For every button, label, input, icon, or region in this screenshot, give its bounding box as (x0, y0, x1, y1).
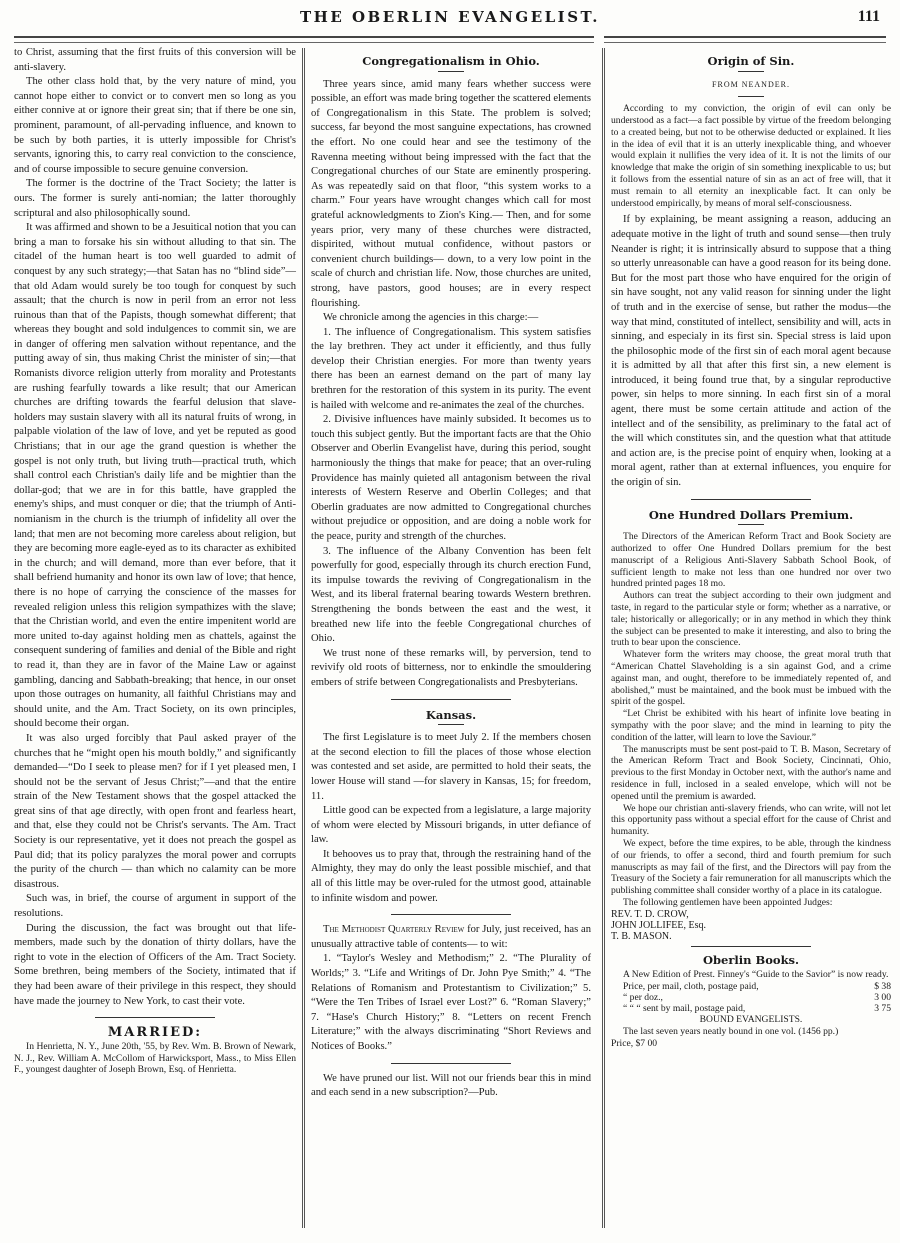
paragraph: We expect, before the time expires, to b… (611, 838, 891, 897)
judge-name: REV. T. D. CROW, (611, 909, 891, 920)
article-heading-origin-of-sin: Origin of Sin. (611, 54, 891, 69)
section-divider (391, 1063, 511, 1064)
judge-name: JOHN JOLLIFEE, Esq. (611, 920, 891, 931)
paragraph: Authors can treat the subject according … (611, 590, 891, 649)
paragraph: We trust none of these remarks will, by … (311, 647, 591, 691)
section-divider (95, 1017, 215, 1018)
price-label: “ “ “ sent by mail, postage paid, (623, 1003, 745, 1014)
paragraph: to Christ, assuming that the first fruit… (14, 46, 296, 75)
paragraph: We hope our christian anti-slavery frien… (611, 803, 891, 838)
column-3: Origin of Sin. FROM NEANDER. According t… (602, 48, 895, 1228)
paragraph: Little good can be expected from a legis… (311, 804, 591, 848)
price-value: 3 75 (874, 1003, 891, 1014)
paragraph: Whatever form the writers may choose, th… (611, 649, 891, 708)
price-row: “ “ “ sent by mail, postage paid, 3 75 (611, 1003, 891, 1014)
masthead: THE OBERLIN EVANGELIST. 111 (0, 8, 900, 30)
paragraph: It was affirmed and shown to be a Jesuit… (14, 221, 296, 732)
price-value: $ 38 (874, 981, 891, 992)
paragraph: The former is the doctrine of the Tract … (14, 177, 296, 221)
price-value: 3 00 (874, 992, 891, 1003)
section-divider (691, 946, 811, 947)
page-number: 111 (858, 8, 880, 26)
heading-rule (738, 524, 764, 525)
paragraph: 3. The influence of the Albany Conventio… (311, 545, 591, 647)
column-1: to Christ, assuming that the first fruit… (14, 46, 296, 1076)
price-row: “ per doz., 3 00 (611, 992, 891, 1003)
section-divider (391, 914, 511, 915)
section-divider (691, 499, 811, 500)
section-divider (391, 699, 511, 700)
paragraph: The other class hold that, by the very n… (14, 75, 296, 177)
paragraph: 1. “Taylor's Wesley and Methodism;” 2. “… (311, 952, 591, 1054)
bound-evangelists-heading: BOUND EVANGELISTS. (611, 1014, 891, 1026)
article-subheading: FROM NEANDER. (611, 78, 891, 93)
heading-rule (738, 71, 764, 72)
article-heading-kansas: Kansas. (311, 708, 591, 723)
price-row: Price, per mail, cloth, postage paid, $ … (611, 981, 891, 992)
article-heading-congregationalism: Congregationalism in Ohio. (311, 54, 591, 69)
paragraph: According to my conviction, the origin o… (611, 103, 891, 209)
review-title: The Methodist Quarterly Review (323, 924, 464, 935)
bound-evangelists-price: Price, $7 00 (611, 1038, 891, 1050)
paragraph: “Let Christ be exhibited with his heart … (611, 708, 891, 743)
paragraph: We chronicle among the agencies in this … (311, 311, 591, 326)
closing-note: We have pruned our list. Will not our fr… (311, 1072, 591, 1101)
paragraph: The Directors of the American Reform Tra… (611, 531, 891, 590)
heading-rule (438, 724, 464, 725)
paragraph: It behooves us to pray that, through the… (311, 848, 591, 906)
married-notice: In Henrietta, N. Y., June 20th, '55, by … (14, 1041, 296, 1076)
paragraph: The first Legislature is to meet July 2.… (311, 731, 591, 804)
paragraph: The Methodist Quarterly Review for July,… (311, 923, 591, 952)
judge-name: T. B. MASON. (611, 931, 891, 942)
heading-rule (738, 96, 764, 97)
price-label: Price, per mail, cloth, postage paid, (623, 981, 759, 992)
article-heading-premium: One Hundred Dollars Premium. (611, 508, 891, 523)
paragraph: The following gentlemen have been appoin… (611, 897, 891, 909)
paragraph: During the discussion, the fact was brou… (14, 922, 296, 1010)
article-heading-oberlin-books: Oberlin Books. (611, 953, 891, 968)
bound-evangelists-text: The last seven years neatly bound in one… (611, 1026, 891, 1038)
paragraph: Such was, in brief, the course of argume… (14, 892, 296, 921)
paragraph: 2. Divisive influences have mainly subsi… (311, 413, 591, 544)
newspaper-title: THE OBERLIN EVANGELIST. (300, 8, 600, 26)
column-2: Congregationalism in Ohio. Three years s… (302, 48, 595, 1228)
heading-rule (438, 71, 464, 72)
paragraph: The manuscripts must be sent post-paid t… (611, 744, 891, 803)
paragraph: 1. The influence of Congregationalism. T… (311, 326, 591, 414)
paragraph: Three years since, amid many fears wheth… (311, 78, 591, 312)
header-rule-left (14, 36, 594, 43)
books-intro: A New Edition of Prest. Finney's “Guide … (611, 969, 891, 981)
header-rule-right (604, 36, 886, 43)
price-label: “ per doz., (623, 992, 663, 1003)
married-heading: MARRIED: (14, 1026, 296, 1041)
paragraph: It was also urged forcibly that Paul ask… (14, 732, 296, 893)
paragraph: If by explaining, be meant assigning a r… (611, 213, 891, 490)
